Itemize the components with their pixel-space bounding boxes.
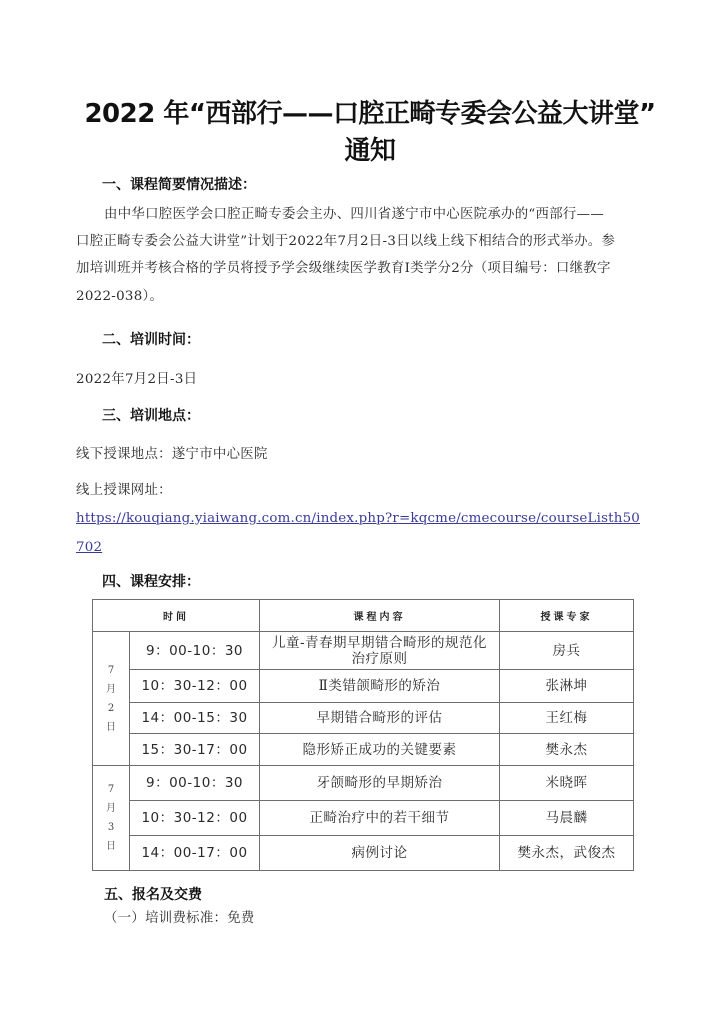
online-url-link-line2[interactable]: 702: [76, 540, 102, 555]
section-heading-course-schedule: 四、课程安排：: [102, 573, 200, 591]
paragraph-line: 口腔正畸专委会公益大讲堂”计划于2022年7月2日-3日以线上线下相结合的形式举…: [76, 233, 656, 251]
time-cell: 9：00-10：30: [130, 766, 260, 801]
table-header-row: 时间 课程内容 授课专家: [93, 600, 634, 632]
lecturer-cell: 王红梅: [500, 703, 634, 734]
time-cell: 14：00-15：30: [130, 703, 260, 734]
date-char: 7: [93, 661, 129, 680]
section-heading-registration-fees: 五、报名及交费: [104, 886, 202, 904]
date-char: 日: [93, 837, 129, 856]
online-url-label: 线上授课网址：: [76, 482, 656, 500]
table-row: 10：30-12：00 正畸治疗中的若干细节 马晨麟: [93, 801, 634, 836]
lecturer-cell: 樊永杰: [500, 734, 634, 766]
time-cell: 9：00-10：30: [130, 632, 260, 670]
date-char: 月: [93, 799, 129, 818]
paragraph-line: 2022-038）。: [76, 288, 656, 306]
table-row: 7 月 2 日 9：00-10：30 儿童-青春期早期错合畸形的规范化 治疗原则…: [93, 632, 634, 670]
lecturer-cell: 张淋坤: [500, 670, 634, 703]
table-row: 14：00-15：30 早期错合畸形的评估 王红梅: [93, 703, 634, 734]
header-time: 时间: [93, 600, 260, 632]
course-cell: Ⅱ类错颌畸形的矫治: [260, 670, 500, 703]
header-lecturer: 授课专家: [500, 600, 634, 632]
course-cell: 早期错合畸形的评估: [260, 703, 500, 734]
table-row: 14：00-17：00 病例讨论 樊永杰，武俊杰: [93, 836, 634, 871]
time-cell: 10：30-12：00: [130, 670, 260, 703]
time-cell: 10：30-12：00: [130, 801, 260, 836]
date-char: 月: [93, 680, 129, 699]
course-cell: 隐形矫正成功的关键要素: [260, 734, 500, 766]
course-cell: 牙颌畸形的早期矫治: [260, 766, 500, 801]
lecturer-cell: 马晨麟: [500, 801, 634, 836]
document-title-line1: 2022 年“西部行——口腔正畸专委会公益大讲堂”: [60, 96, 680, 132]
time-cell: 15：30-17：00: [130, 734, 260, 766]
online-url-link[interactable]: https://kouqiang.yiaiwang.com.cn/index.p…: [76, 510, 656, 528]
training-fee-line: （一）培训费标准：免费: [104, 910, 684, 928]
offline-location: 线下授课地点：遂宁市中心医院: [76, 446, 656, 464]
date-cell-july-3: 7 月 3 日: [93, 766, 130, 871]
lecturer-cell: 米晓晖: [500, 766, 634, 801]
course-cell: 病例讨论: [260, 836, 500, 871]
training-dates: 2022年7月2日-3日: [76, 371, 656, 389]
course-line: 治疗原则: [260, 651, 499, 667]
schedule-table: 时间 课程内容 授课专家 7 月 2 日 9：00-10：30 儿童-青春期早期…: [92, 599, 634, 871]
section-heading-training-time: 二、培训时间：: [102, 331, 200, 349]
time-cell: 14：00-17：00: [130, 836, 260, 871]
date-cell-july-2: 7 月 2 日: [93, 632, 130, 766]
course-line: 儿童-青春期早期错合畸形的规范化: [260, 635, 499, 651]
document-title-line2: 通知: [60, 133, 680, 169]
date-char: 日: [93, 718, 129, 737]
date-char: 2: [93, 699, 129, 718]
date-char: 7: [93, 780, 129, 799]
section-heading-course-description: 一、课程简要情况描述：: [102, 176, 256, 194]
table-row: 10：30-12：00 Ⅱ类错颌畸形的矫治 张淋坤: [93, 670, 634, 703]
section-heading-training-location: 三、培训地点：: [102, 407, 200, 425]
table-row: 7 月 3 日 9：00-10：30 牙颌畸形的早期矫治 米晓晖: [93, 766, 634, 801]
lecturer-cell: 房兵: [500, 632, 634, 670]
header-course-content: 课程内容: [260, 600, 500, 632]
lecturer-cell: 樊永杰，武俊杰: [500, 836, 634, 871]
document-page: 2022 年“西部行——口腔正畸专委会公益大讲堂” 通知 一、课程简要情况描述：…: [0, 0, 724, 1024]
online-url-link-cont[interactable]: 702: [76, 539, 656, 557]
paragraph-line: 加培训班并考核合格的学员将授予学会级继续医学教育Ⅰ类学分2分（项目编号：口继教字: [76, 260, 656, 278]
date-char: 3: [93, 818, 129, 837]
paragraph-line: 由中华口腔医学会口腔正畸专委会主办、四川省遂宁市中心医院承办的“西部行——: [104, 206, 684, 224]
online-url-link-line1[interactable]: https://kouqiang.yiaiwang.com.cn/index.p…: [76, 511, 640, 526]
course-cell: 儿童-青春期早期错合畸形的规范化 治疗原则: [260, 632, 500, 670]
table-row: 15：30-17：00 隐形矫正成功的关键要素 樊永杰: [93, 734, 634, 766]
course-cell: 正畸治疗中的若干细节: [260, 801, 500, 836]
